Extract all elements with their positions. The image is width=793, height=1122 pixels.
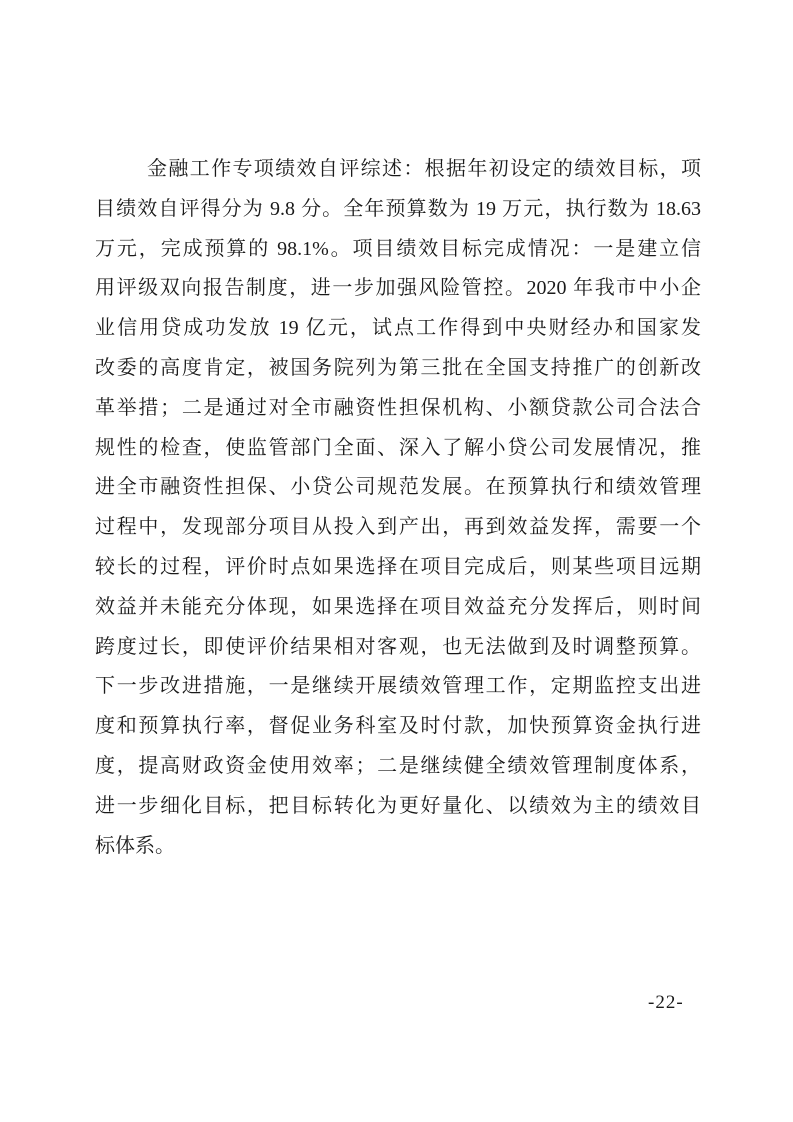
text-line: 用评级双向报告制度，进一步加强风险管控。2020 年我市中小企 (95, 269, 701, 309)
body-text-paragraph: 金融工作专项绩效自评综述：根据年初设定的绩效目标，项 目绩效自评得分为 9.8 … (95, 150, 701, 866)
document-page: 金融工作专项绩效自评综述：根据年初设定的绩效目标，项 目绩效自评得分为 9.8 … (0, 0, 793, 1122)
text-line: 效益并未能充分体现，如果选择在项目效益充分发挥后，则时间 (95, 588, 701, 628)
text-line: 规性的检查，使监管部门全面、深入了解小贷公司发展情况，推 (95, 429, 701, 469)
text-line: 下一步改进措施，一是继续开展绩效管理工作，定期监控支出进 (95, 667, 701, 707)
text-line: 标体系。 (95, 827, 701, 867)
page-number: -22- (648, 992, 684, 1014)
text-line: 金融工作专项绩效自评综述：根据年初设定的绩效目标，项 (95, 150, 701, 190)
text-line: 万元，完成预算的 98.1%。项目绩效目标完成情况：一是建立信 (95, 230, 701, 270)
text-line: 革举措；二是通过对全市融资性担保机构、小额贷款公司合法合 (95, 389, 701, 429)
text-line: 进一步细化目标，把目标转化为更好量化、以绩效为主的绩效目 (95, 787, 701, 827)
text-line: 较长的过程，评价时点如果选择在项目完成后，则某些项目远期 (95, 548, 701, 588)
text-line: 度和预算执行率，督促业务科室及时付款，加快预算资金执行进 (95, 707, 701, 747)
text-line: 度，提高财政资金使用效率；二是继续健全绩效管理制度体系， (95, 747, 701, 787)
text-line: 业信用贷成功发放 19 亿元，试点工作得到中央财经办和国家发 (95, 309, 701, 349)
text-line: 跨度过长，即使评价结果相对客观，也无法做到及时调整预算。 (95, 628, 701, 668)
text-line: 目绩效自评得分为 9.8 分。全年预算数为 19 万元，执行数为 18.63 (95, 190, 701, 230)
text-line: 改委的高度肯定，被国务院列为第三批在全国支持推广的创新改 (95, 349, 701, 389)
text-line: 过程中，发现部分项目从投入到产出，再到效益发挥，需要一个 (95, 508, 701, 548)
text-line: 进全市融资性担保、小贷公司规范发展。在预算执行和绩效管理 (95, 468, 701, 508)
